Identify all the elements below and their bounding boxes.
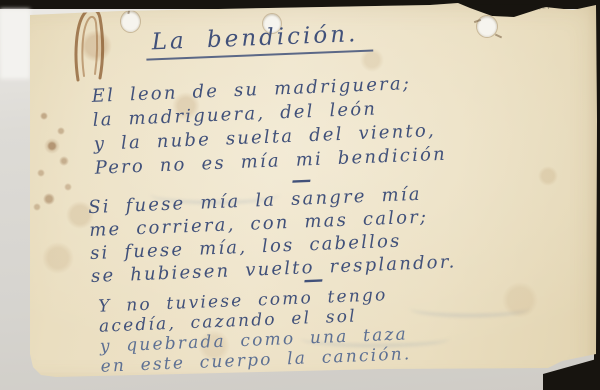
poem-title: La bendición. xyxy=(145,21,373,61)
scanned-manuscript: 13706 (1) La bendición. El leon de su ma… xyxy=(0,0,600,390)
stanza-3: Y no tuviese como tengo acedía, cazando … xyxy=(98,284,412,376)
handwritten-text-layer: La bendición. El leon de su madriguera; … xyxy=(0,0,600,390)
stanza-2: Si fuese mía la sangre mía me corriera, … xyxy=(88,182,457,289)
manuscript-paper: 13706 (1) La bendición. El leon de su ma… xyxy=(0,0,600,390)
stanza-1: El leon de su madriguera; la madriguera,… xyxy=(91,72,447,182)
backing-sheet-highlight xyxy=(0,9,30,79)
